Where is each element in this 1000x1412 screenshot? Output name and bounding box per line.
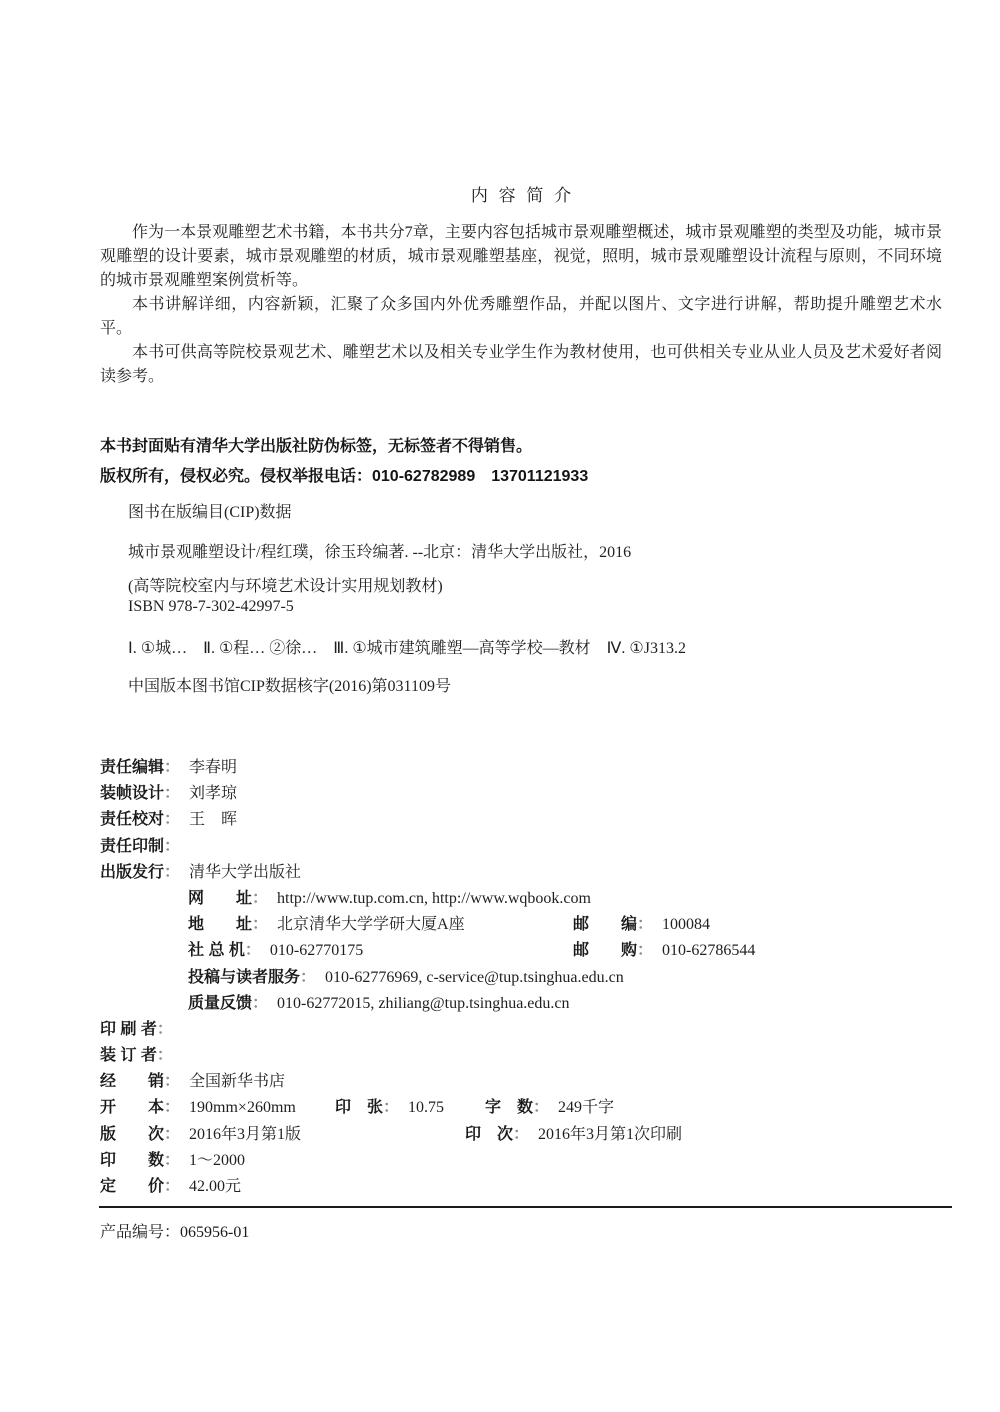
row-value: 刘孝琼	[189, 785, 237, 802]
row-label: 邮 购	[573, 942, 637, 959]
row-label: 开 本	[100, 1099, 164, 1116]
row-value: 北京清华大学学研大厦A座	[277, 916, 465, 933]
row-value: http://www.tup.com.cn, http://www.wqbook…	[277, 890, 591, 907]
intro-paragraph: 本书可供高等院校景观艺术、雕塑艺术以及相关专业学生作为教材使用，也可供相关专业从…	[100, 341, 942, 389]
cip-record-line: 中国版本图书馆CIP数据核字(2016)第031109号	[128, 674, 928, 700]
row-label: 装 订 者	[100, 1047, 157, 1064]
row-label: 社 总 机	[188, 942, 245, 959]
colophon-row-format: 开 本：190mm×260mm 印 张：10.75 字 数：249千字	[100, 1095, 952, 1121]
row-value: 李春明	[189, 759, 237, 776]
row-label: 印 刷 者	[100, 1021, 157, 1038]
row-value: 全国新华书店	[189, 1073, 285, 1090]
row-col2-impression: 印 次：2016年3月第1次印刷	[465, 1122, 682, 1148]
row-value: 010-62772015, zhiliang@tup.tsinghua.edu.…	[277, 995, 569, 1012]
row-col2-sheets: 印 张：10.75	[335, 1095, 444, 1121]
row-label: 经 销	[100, 1073, 164, 1090]
colophon-row-distributor: 经 销：全国新华书店	[100, 1069, 952, 1095]
row-colon: ：	[252, 890, 268, 907]
row-colon: ：	[383, 1099, 399, 1116]
legal-notice: 本书封面贴有清华大学出版社防伪标签，无标签者不得销售。 版权所有，侵权必究。侵权…	[100, 432, 945, 492]
row-col3-word-count: 字 数：249千字	[485, 1095, 614, 1121]
row-label: 网 址	[188, 890, 252, 907]
row-colon: ：	[164, 811, 180, 828]
row-label: 责任编辑	[100, 759, 164, 776]
colophon-row-cover-design: 装帧设计：刘孝琼	[100, 781, 952, 807]
row-value: 1～2000	[189, 1152, 245, 1169]
row-colon: ：	[164, 1073, 180, 1090]
copyright-notice: 版权所有，侵权必究。侵权举报电话：010-62782989 1370112193…	[100, 462, 945, 492]
row-label: 印 次	[465, 1126, 513, 1143]
row-colon: ：	[164, 1152, 180, 1169]
row-label: 出版发行	[100, 864, 164, 881]
row-value: 清华大学出版社	[189, 864, 301, 881]
anti-piracy-notice: 本书封面贴有清华大学出版社防伪标签，无标签者不得销售。	[100, 432, 945, 462]
colophon-row-proofreader: 责任校对：王 晖	[100, 807, 952, 833]
row-value: 100084	[662, 916, 710, 933]
row-label: 定 价	[100, 1178, 164, 1195]
row-colon: ：	[164, 864, 180, 881]
copyright-page: 内 容 简 介 作为一本景观雕塑艺术书籍，本书共分7章，主要内容包括城市景观雕塑…	[0, 0, 1000, 1412]
cip-heading: 图书在版编目(CIP)数据	[128, 500, 928, 526]
row-value: 010-62776969, c-service@tup.tsinghua.edu…	[325, 969, 624, 986]
row-value: 249千字	[558, 1099, 614, 1116]
intro-paragraph: 作为一本景观雕塑艺术书籍，本书共分7章，主要内容包括城市景观雕塑概述，城市景观雕…	[100, 221, 942, 293]
colophon-row-editor: 责任编辑：李春明	[100, 755, 952, 781]
row-colon: ：	[164, 785, 180, 802]
row-colon: ：	[164, 1126, 180, 1143]
colophon-row-print-supervisor: 责任印制：	[100, 834, 952, 860]
row-colon: ：	[637, 942, 653, 959]
row-label: 邮 编	[573, 916, 637, 933]
row-value: 010-62786544	[662, 942, 755, 959]
row-value: 2016年3月第1版	[189, 1126, 301, 1143]
cip-title-line: 城市景观雕塑设计/程红璞，徐玉玲编著. --北京：清华大学出版社，2016	[128, 540, 928, 566]
row-colon: ：	[300, 969, 316, 986]
colophon-row-website: 网 址：http://www.tup.com.cn, http://www.wq…	[100, 886, 952, 912]
row-label: 版 次	[100, 1126, 164, 1143]
row-colon: ：	[637, 916, 653, 933]
colophon-row-printer: 印 刷 者：	[100, 1017, 952, 1043]
intro-title: 内 容 简 介	[100, 183, 945, 209]
row-value: 2016年3月第1次印刷	[538, 1126, 682, 1143]
colophon-row-address: 地 址：北京清华大学学研大厦A座 邮 编：100084	[100, 912, 952, 938]
row-colon: ：	[533, 1099, 549, 1116]
intro-paragraph: 本书讲解详细，内容新颖，汇聚了众多国内外优秀雕塑作品，并配以图片、文字进行讲解，…	[100, 293, 942, 341]
intro-paragraphs: 作为一本景观雕塑艺术书籍，本书共分7章，主要内容包括城市景观雕塑概述，城市景观雕…	[100, 221, 942, 389]
row-colon: ：	[164, 1099, 180, 1116]
cip-classification-line: Ⅰ. ①城… Ⅱ. ①程… ②徐… Ⅲ. ①城市建筑雕塑—高等学校—教材 Ⅳ. …	[128, 636, 928, 662]
colophon-row-print-run: 印 数：1～2000	[100, 1148, 952, 1174]
row-colon: ：	[164, 1178, 180, 1195]
row-colon: ：	[157, 1021, 173, 1038]
row-label: 责任印制	[100, 838, 164, 855]
row-col2-mail-order: 邮 购：010-62786544	[573, 938, 755, 964]
colophon: 责任编辑：李春明 装帧设计：刘孝琼 责任校对：王 晖 责任印制： 出版发行：清华…	[100, 755, 952, 1200]
row-label: 印 数	[100, 1152, 164, 1169]
row-colon: ：	[164, 838, 180, 855]
colophon-row-switchboard: 社 总 机：010-62770175 邮 购：010-62786544	[100, 938, 952, 964]
colophon-row-binder: 装 订 者：	[100, 1043, 952, 1069]
row-value: 190mm×260mm	[189, 1099, 296, 1116]
row-label: 责任校对	[100, 811, 164, 828]
colophon-row-quality-feedback: 质量反馈：010-62772015, zhiliang@tup.tsinghua…	[100, 991, 952, 1017]
row-value: 10.75	[408, 1099, 444, 1116]
product-number: 产品编号：065956-01	[100, 1220, 249, 1246]
row-colon: ：	[513, 1126, 529, 1143]
colophon-row-publisher: 出版发行：清华大学出版社	[100, 860, 952, 886]
divider-rule	[99, 1206, 952, 1208]
row-colon: ：	[252, 995, 268, 1012]
row-value: 010-62770175	[270, 942, 363, 959]
colophon-row-edition: 版 次：2016年3月第1版 印 次：2016年3月第1次印刷	[100, 1122, 952, 1148]
row-label: 字 数	[485, 1099, 533, 1116]
row-label: 印 张	[335, 1099, 383, 1116]
row-label: 投稿与读者服务	[188, 969, 300, 986]
row-colon: ：	[252, 916, 268, 933]
row-colon: ：	[157, 1047, 173, 1064]
colophon-row-reader-service: 投稿与读者服务：010-62776969, c-service@tup.tsin…	[100, 965, 952, 991]
row-value: 王 晖	[189, 811, 237, 828]
row-label: 质量反馈	[188, 995, 252, 1012]
row-col2-postcode: 邮 编：100084	[573, 912, 710, 938]
row-colon: ：	[164, 759, 180, 776]
isbn-line: ISBN 978-7-302-42997-5	[128, 594, 928, 620]
row-colon: ：	[245, 942, 261, 959]
row-label: 地 址	[188, 916, 252, 933]
row-value: 42.00元	[189, 1178, 241, 1195]
colophon-row-price: 定 价：42.00元	[100, 1174, 952, 1200]
row-label: 装帧设计	[100, 785, 164, 802]
